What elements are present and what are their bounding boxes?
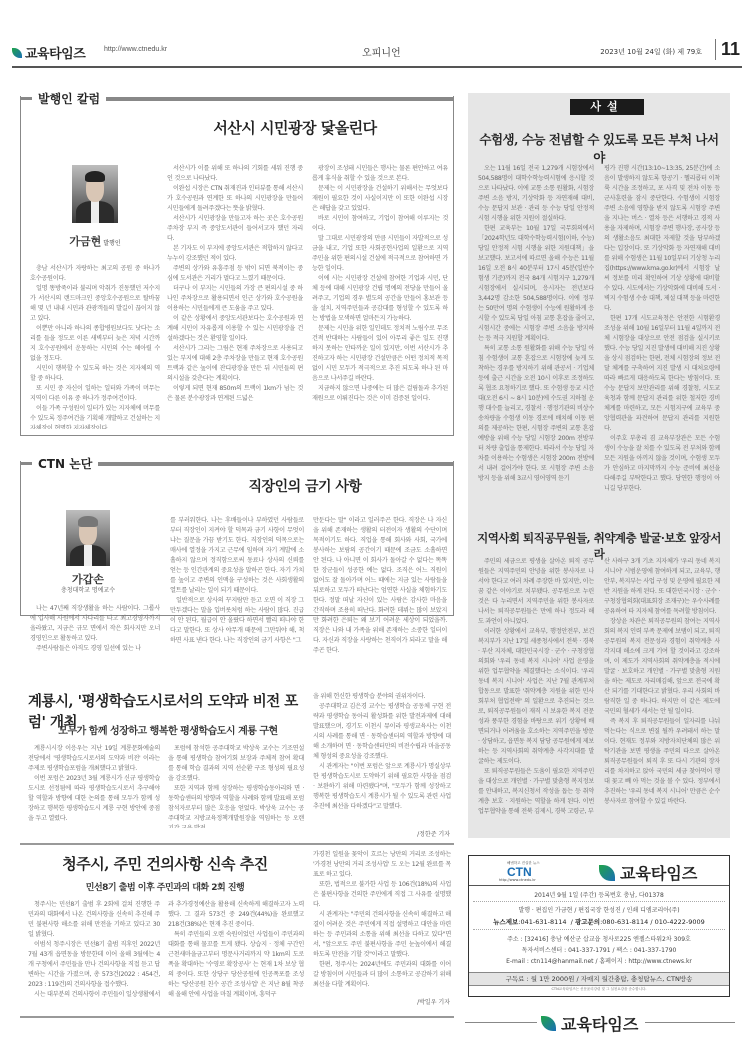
editorial-2-column-1: 주민의 세금으로 평생을 살아온 퇴직 공무원들은 지역주민의 안녕을 위한 봉… (478, 557, 594, 832)
footer-logo: 교육타임즈 (537, 1012, 642, 1035)
byline: /정한준 기자 (380, 829, 450, 838)
info-header: 해냄하고 진실한 뉴스 CTN http://www.ctnedu.kr 교육타… (469, 856, 729, 886)
address: 주소 : [32416] 충남 예산군 삽교읍 청사로225 엔젤스타워2차 3… (469, 934, 729, 943)
publication-info-box: 해냄하고 진실한 뉴스 CTN http://www.ctnedu.kr 교육타… (468, 855, 730, 997)
ctn-logo: CTN (507, 865, 532, 879)
site-url: http://www.ctnedu.kr (104, 46, 167, 53)
article-divider (20, 1016, 454, 1018)
leaf-logo-icon (541, 1016, 556, 1031)
article-column-3: 만둔다는 말" 이라고 일러주곤 한다. 직장은 나 자신을 위해 존재하는 생… (313, 516, 447, 664)
issue-date: 2023년 10월 24일 (화) 제 79호 (600, 47, 702, 57)
leaf-logo-icon (12, 48, 22, 58)
brand-logo: 교육타임즈 (599, 861, 697, 884)
subscription-info: 구독료 : 월 1만 2000원 / 자매지 월간충탐, 충청탐뉴스, CTN방… (469, 972, 729, 986)
editorial-headline-1: 수험생, 수능 전념할 수 있도록 모든 부처 나서야 (476, 130, 722, 166)
article-column-2: 를 부러워한다. 나는 후배들이나 부하였던 사람들로부터 직장인이 지켜야 할… (170, 516, 304, 664)
brand-name: 교육타임즈 (561, 1012, 638, 1035)
article-divider (20, 843, 454, 845)
article-column-3: 을 위해 헌신한 평생학습 분야의 권위자이다.공주대학교 김은경 교수는 평생… (313, 692, 451, 820)
masthead: 교육타임즈 http://www.ctnedu.kr 오피니언 2023년 10… (12, 16, 742, 68)
article-column-3: 가경천 일원을 꽃악이 흐르는 낭만의 거리로 조성하는 '가경천 낭만의 거리… (313, 850, 451, 996)
article-column-2: 포럼에 참석한 공주대학교 박상욱 교수는 기조연설을 통해 평생학습 참여기회… (168, 744, 304, 828)
byline: /박일우 기자 (380, 997, 450, 1006)
reader-service: 독자서비스센터 : 041-337-1791 / 팩스 : 041-337-17… (469, 945, 729, 954)
news-tip-number: :041-631-8114 (518, 918, 566, 926)
ctn-url: http://www.ctnedu.kr (499, 878, 536, 882)
registration-info: 2014년 9월 1일 (주간) 등록번호 충남, 다01378 (469, 890, 729, 899)
brand-name: 교육타임즈 (620, 861, 697, 884)
editorial-1-column-1: 오는 11월 16일 전국 1,279개 시험장에서 504,588명이 대학수… (478, 164, 594, 514)
email-homepage: E-mail : ctn114@hanmail.net / 홈페이지 : htt… (469, 956, 729, 965)
article-headline: 청주시, 주민 건의사항 신속 추진 (30, 853, 300, 874)
editorial-1-column-2: 평가 진행 시간(13:10~13:35, 25분간)에 소음이 발생하지 않도… (604, 164, 720, 514)
author-name: 가금현발행인 (40, 233, 150, 249)
staff-info: 발행 · 편집인 가금현 / 편집국장 한성진 / 인쇄 디엠코리아(주) (469, 905, 729, 914)
article-column-1: 충남 서산시가 자랑하는 최고의 공원 중 하나가 호수공원이다.일명 똥방죽이… (30, 264, 160, 429)
article-column-1: 나는 47년째 직장생활을 하는 사람이다. 그룹사에 입사해 사원에서 사다리… (30, 604, 160, 664)
ad-number: :080-631-8114 / 010-4222-9009 (600, 918, 705, 926)
section-title: 오피니언 (362, 44, 401, 59)
contact-numbers: 뉴스제보:041-631-8114 / 광고문의:080-631-8114 / … (469, 917, 729, 926)
editorial-tag: 사설 (570, 99, 644, 115)
editorial-panel: 사설 수험생, 수능 전념할 수 있도록 모든 부처 나서야 오는 11월 16… (468, 93, 730, 838)
leaf-logo-icon (599, 865, 615, 881)
author-title: 충청대학교 명예교수 (38, 585, 138, 594)
brand-logo: 교육타임즈 (12, 43, 85, 62)
author-photo (66, 510, 110, 566)
article-column-1: 청주시는 민선8기 출범 후 2회에 걸쳐 진행한 주민과의 대화에서 나온 건… (28, 900, 160, 1000)
ad-label: 광고문의 (575, 918, 600, 926)
article-column-1: 계룡시시장 이응우는 지난 19일 계룡문화예술의전당에서 '평생학습도시로서의… (28, 744, 160, 828)
article-column-2: 과 추가경정예산을 활용해 신속하게 해결하고자 노력했다. 그 결과 573건… (168, 900, 304, 1000)
author-photo (72, 165, 118, 223)
article-headline: 직장인의 금기 사항 (220, 476, 390, 496)
article-column-3: 광장이 조성돼 시민들은 행사는 물론 편안하고 여유롭게 휴식을 취할 수 있… (312, 164, 448, 432)
page-number: 11 (715, 39, 740, 60)
brand-name: 교육타임즈 (25, 43, 85, 62)
article-column-2: 서산시가 이를 위해 또 하나의 기회를 세워 진행 중인 것으로 나타났다.이… (167, 164, 303, 432)
article-headline: 서산시 시민광장 닻올린다 (180, 117, 410, 138)
article-subhead: 민선8기 출범 이후 주민과의 대화 2회 진행 (30, 880, 300, 893)
news-tip-label: 뉴스제보 (493, 918, 518, 926)
article-subhead: 모두가 함께 성장하고 행복한 평생학습도시 계룡 구현 (28, 722, 308, 737)
ethics-note: CTN교육타임즈는 신문윤리강령 및 그 실천요강을 준수합니다. (469, 987, 729, 992)
editorial-2-column-2: 산 사하구 3개 기초 지자체가 '우리 동네 복지 시니어' 시범운영에 참여… (604, 557, 720, 832)
page-footer: 교육타임즈 (465, 1012, 735, 1036)
